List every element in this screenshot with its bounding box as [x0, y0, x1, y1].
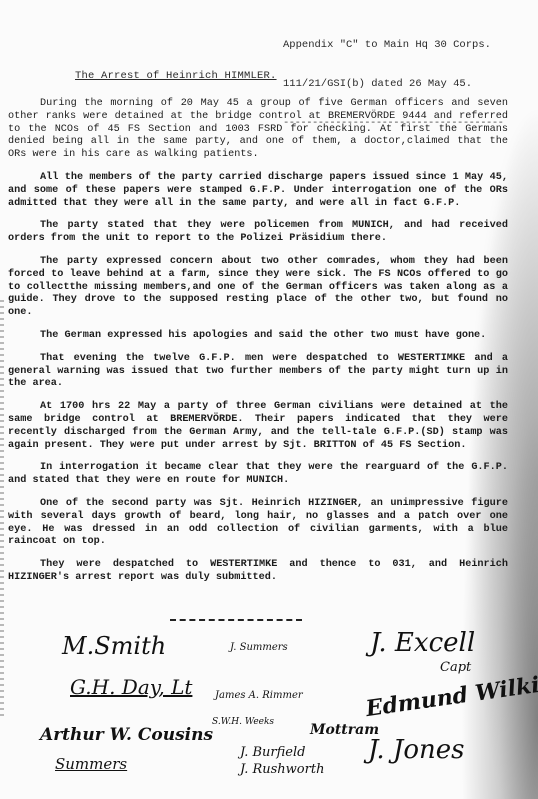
signature: J. Jones — [368, 735, 464, 765]
paragraph: One of the second party was Sjt. Heinric… — [8, 498, 508, 549]
appendix-date: 111/21/GSI(b) dated 26 May 45. — [283, 78, 503, 91]
paragraph: The German expressed his apologies and s… — [8, 330, 508, 343]
signature: Edmund Wilkins — [364, 668, 538, 722]
signature-block: M.Smith G.H. Day, Lt Arthur W. Cousins S… — [0, 620, 538, 799]
paragraph: The party expressed concern about two ot… — [8, 256, 508, 320]
signature: Arthur W. Cousins — [40, 725, 213, 745]
signature: J. Rushworth — [240, 762, 324, 777]
paragraph: The party stated that they were policeme… — [8, 220, 508, 246]
signature: Capt — [440, 660, 471, 675]
paragraph: In interrogation it became clear that th… — [8, 462, 508, 488]
signature: Summers — [55, 755, 127, 773]
document-title: The Arrest of Heinrich HIMMLER. — [75, 70, 277, 82]
paragraph: That evening the twelve G.F.P. men were … — [8, 353, 508, 391]
signature: James A. Rimmer — [215, 690, 303, 701]
paragraph: All the members of the party carried dis… — [8, 172, 508, 210]
paragraph: During the morning of 20 May 45 a group … — [8, 98, 508, 162]
paragraph: They were despatched to WESTERTIMKE and … — [8, 559, 508, 585]
signature: J. Summers — [230, 642, 288, 653]
document-page: Appendix "C" to Main Hq 30 Corps. 111/21… — [0, 0, 538, 799]
document-body: During the morning of 20 May 45 a group … — [8, 98, 508, 595]
paragraph: At 1700 hrs 22 May a party of three Germ… — [8, 401, 508, 452]
signature: G.H. Day, Lt — [70, 675, 192, 699]
signature: J. Burfield — [240, 745, 305, 760]
appendix-reference: Appendix "C" to Main Hq 30 Corps. — [283, 39, 503, 52]
signature: M.Smith — [62, 632, 166, 660]
signature: J. Excell — [370, 628, 475, 658]
signature: S.W.H. Weeks — [212, 717, 274, 727]
